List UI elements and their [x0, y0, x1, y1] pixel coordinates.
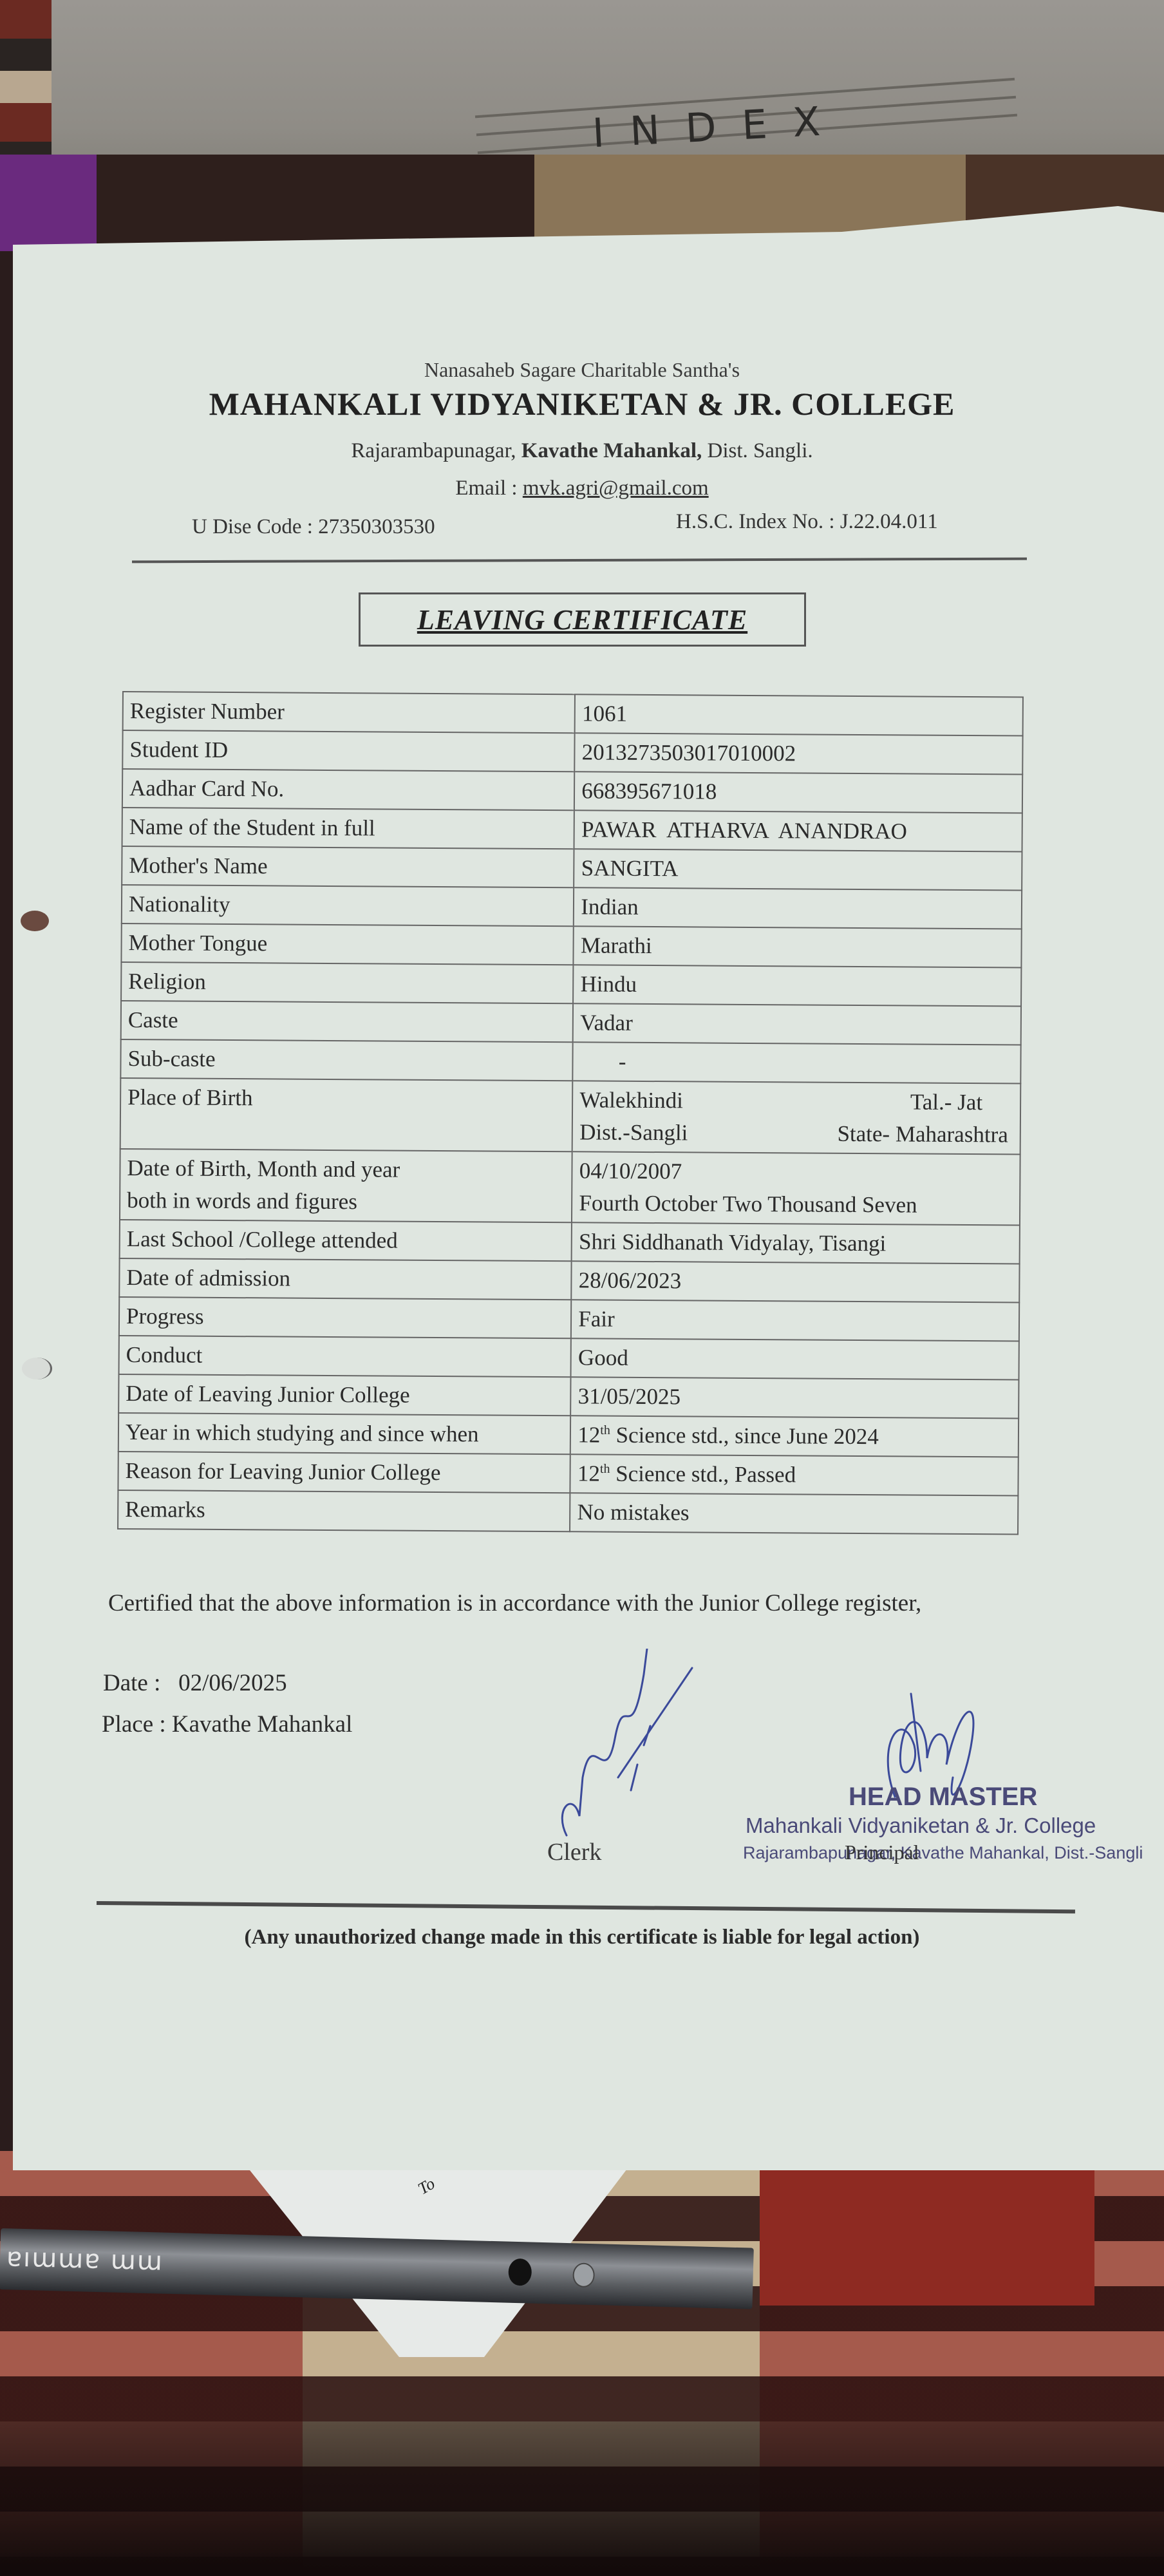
fastener-screw-icon — [572, 2262, 595, 2287]
row-value: 31/05/2025 — [570, 1377, 1018, 1418]
row-value: SANGITA — [574, 849, 1022, 890]
row-label: Date of Leaving Junior College — [118, 1374, 571, 1416]
row-value: Marathi — [574, 926, 1022, 967]
row-label: Register Number — [123, 692, 576, 733]
row-label: Progress — [119, 1297, 572, 1338]
address-town: Kavathe Mahankal, — [521, 439, 702, 462]
row-value: - — [573, 1042, 1021, 1083]
table-row: Year in which studying and since when12t… — [118, 1413, 1018, 1457]
row-label: Nationality — [122, 885, 574, 926]
college-name: MAHANKALI VIDYANIKETAN & JR. COLLEGE — [0, 385, 1164, 422]
table-row: Aadhar Card No.668395671018 — [122, 769, 1022, 813]
fastener-hole-icon — [508, 2259, 532, 2286]
row-label: Date of Birth, Month and year both in wo… — [120, 1149, 572, 1222]
certificate-title-box: LEAVING CERTIFICATE — [359, 592, 806, 647]
birth-taluka: Tal.- Jat — [910, 1086, 1009, 1119]
row-value: 12th Science std., since June 2024 — [570, 1416, 1018, 1457]
background-plaid-red-block — [760, 2157, 1094, 2306]
table-row: NationalityIndian — [122, 885, 1022, 929]
row-value: Vadar — [573, 1003, 1021, 1045]
std-number: 12 — [577, 1461, 600, 1486]
issue-place: Place : Kavathe Mahankal — [102, 1710, 352, 1738]
birth-village: Walekhindi — [579, 1084, 683, 1117]
row-label: Remarks — [118, 1490, 570, 1531]
address-district: Dist. Sangli. — [702, 439, 812, 462]
issue-date: Date : 02/06/2025 — [103, 1669, 287, 1697]
birth-state: State- Maharashtra — [837, 1118, 1008, 1151]
row-label-line: Date of Birth, Month and year — [127, 1152, 565, 1187]
udise-code: U Dise Code : 27350303530 — [192, 515, 435, 539]
row-label: Student ID — [122, 730, 575, 772]
row-label: Last School /College attended — [120, 1220, 572, 1261]
std-suffix: th — [600, 1462, 610, 1476]
row-value: Fair — [571, 1300, 1019, 1341]
certificate-details-table: Register Number1061 Student ID2013273503… — [117, 691, 1024, 1535]
row-value: 668395671018 — [574, 772, 1022, 813]
row-label: Date of admission — [119, 1258, 572, 1300]
principal-label: Principal — [845, 1841, 919, 1864]
std-text: Science std., Passed — [610, 1461, 796, 1488]
society-name: Nanasaheb Sagare Charitable Santha's — [0, 358, 1164, 382]
row-label: Aadhar Card No. — [122, 769, 575, 810]
row-value: Hindu — [573, 965, 1021, 1006]
table-row: Mother's NameSANGITA — [122, 846, 1022, 891]
table-row: Name of the Student in fullPAWAR ATHARVA… — [122, 808, 1022, 852]
date-label: Date : — [103, 1670, 160, 1696]
table-row: Register Number1061 — [123, 692, 1023, 736]
email-link[interactable]: mvk.agri@gmail.com — [523, 477, 709, 500]
dob-figures: 04/10/2007 — [579, 1155, 1013, 1189]
table-row: ProgressFair — [119, 1297, 1019, 1341]
stamp-address: Rajarambapunagar, Kavathe Mahankal, Dist… — [743, 1843, 1143, 1863]
college-email: Email : mvk.agri@gmail.com — [0, 477, 1164, 500]
table-row: ConductGood — [119, 1336, 1019, 1380]
clerk-signature-icon — [554, 1649, 702, 1842]
table-row: CasteVadar — [121, 1001, 1021, 1045]
table-row: Sub-caste- — [120, 1039, 1020, 1084]
table-row: Reason for Leaving Junior College12th Sc… — [118, 1452, 1018, 1496]
table-row: Mother TongueMarathi — [121, 923, 1021, 968]
table-row: ReligionHindu — [121, 962, 1021, 1007]
row-label: Sub-caste — [120, 1039, 573, 1081]
table-row: Place of Birth WalekhindiTal.- Jat Dist.… — [120, 1078, 1021, 1155]
certification-statement: Certified that the above information is … — [108, 1589, 921, 1617]
hsc-index-number: H.S.C. Index No. : J.22.04.011 — [676, 510, 938, 534]
row-label: Year in which studying and since when — [118, 1413, 571, 1454]
row-value: Shri Siddhanath Vidyalay, Tisangi — [572, 1222, 1020, 1264]
row-label: Conduct — [119, 1336, 572, 1377]
row-value: 1061 — [575, 694, 1023, 735]
row-label: Mother's Name — [122, 846, 574, 887]
row-value: No mistakes — [570, 1493, 1018, 1534]
row-label: Caste — [121, 1001, 574, 1042]
punch-hole-icon — [21, 911, 49, 931]
place-label: Place : — [102, 1711, 166, 1738]
row-value: 12th Science std., Passed — [570, 1454, 1018, 1495]
row-value: 2013273503017010002 — [575, 733, 1023, 774]
date-value: 02/06/2025 — [178, 1670, 287, 1696]
dob-words: Fourth October Two Thousand Seven — [579, 1187, 1013, 1222]
email-label: Email : — [455, 477, 522, 500]
row-value: WalekhindiTal.- Jat Dist.-SangliState- M… — [572, 1081, 1020, 1154]
address-prefix: Rajarambapunagar, — [351, 439, 521, 462]
birth-district: Dist.-Sangli — [579, 1116, 688, 1149]
row-value: Indian — [574, 887, 1022, 929]
fastener-emboss: ɐıɯɯɐ ɯɯ — [6, 2242, 164, 2276]
college-address: Rajarambapunagar, Kavathe Mahankal, Dist… — [0, 439, 1164, 463]
row-label: Religion — [121, 962, 574, 1003]
std-number: 12 — [577, 1422, 600, 1447]
punch-hole-icon — [22, 1358, 52, 1379]
background-shadow — [0, 2421, 1164, 2576]
std-text: Science std., since June 2024 — [610, 1423, 879, 1450]
table-row: Last School /College attendedShri Siddha… — [120, 1220, 1020, 1264]
table-row: Date of Birth, Month and year both in wo… — [120, 1149, 1020, 1226]
row-label: Reason for Leaving Junior College — [118, 1452, 570, 1493]
row-label: Mother Tongue — [121, 923, 574, 965]
row-value: 04/10/2007 Fourth October Two Thousand S… — [572, 1151, 1020, 1225]
table-row: RemarksNo mistakes — [118, 1490, 1018, 1535]
certificate-title: LEAVING CERTIFICATE — [417, 603, 747, 636]
row-value: Good — [571, 1338, 1019, 1379]
table-row: Date of admission28/06/2023 — [119, 1258, 1019, 1303]
row-label: Place of Birth — [120, 1078, 573, 1151]
stamp-title: HEAD MASTER — [849, 1783, 1037, 1812]
row-label-line: both in words and figures — [127, 1184, 565, 1219]
row-value: 28/06/2023 — [572, 1261, 1020, 1302]
std-suffix: th — [600, 1423, 610, 1437]
stamp-college-name: Mahankali Vidyaniketan & Jr. College — [746, 1814, 1096, 1838]
table-row: Student ID2013273503017010002 — [122, 730, 1022, 775]
row-label: Name of the Student in full — [122, 808, 575, 849]
table-row: Date of Leaving Junior College31/05/2025 — [118, 1374, 1018, 1419]
place-value: Kavathe Mahankal — [172, 1711, 352, 1738]
clerk-label: Clerk — [547, 1838, 601, 1866]
paper-tab-text: To — [415, 2174, 438, 2199]
legal-warning: (Any unauthorized change made in this ce… — [0, 1926, 1164, 1949]
row-value-dash: - — [580, 1048, 626, 1074]
row-value: PAWAR ATHARVA ANANDRAO — [574, 810, 1022, 851]
